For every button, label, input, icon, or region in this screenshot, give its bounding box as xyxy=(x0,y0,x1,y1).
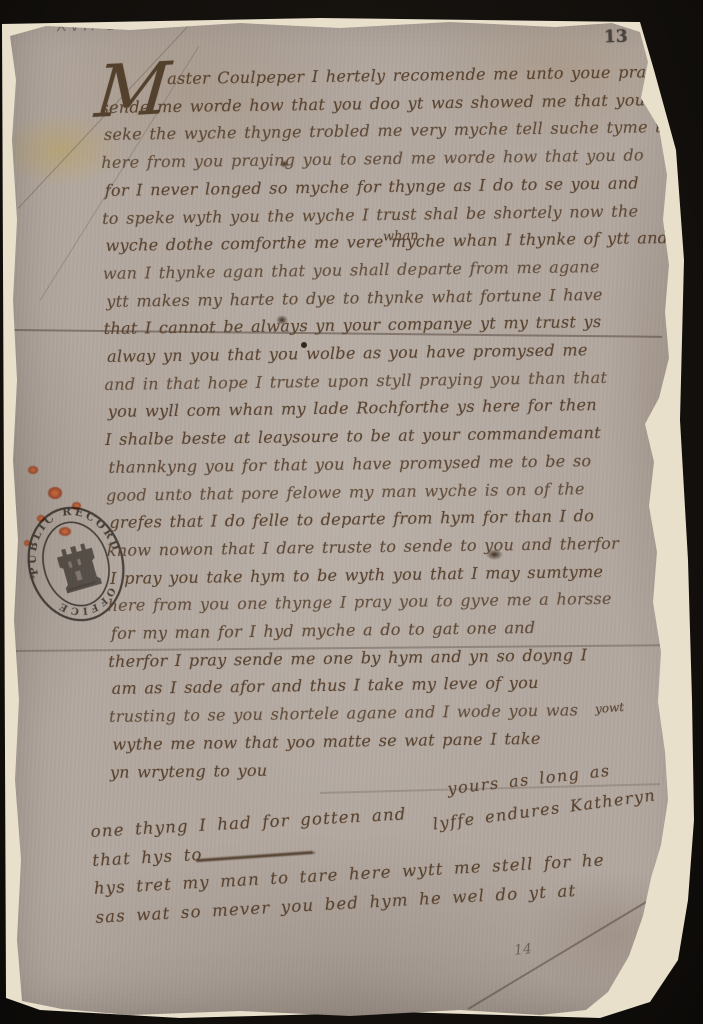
manuscript-page: XVI. 1134 13 14 PUBLIC RECORD OFFICE ✳ xyxy=(0,0,703,1024)
interlinear-insertion: yowt xyxy=(595,700,625,716)
interlinear-insertion: whan xyxy=(383,228,419,244)
wax-spot xyxy=(28,466,38,474)
postscript-block: one thyng I had for gotten andthat hys t… xyxy=(90,786,675,932)
folio-number-top: 13 xyxy=(604,27,628,48)
castle-emblem-icon xyxy=(55,542,102,594)
folio-number-bottom: 14 xyxy=(513,941,532,959)
letter-body: aster Coulpeper I hertely recomende me u… xyxy=(100,58,658,786)
wax-spot xyxy=(48,487,62,499)
scanned-document-photo: XVI. 1134 13 14 PUBLIC RECORD OFFICE ✳ xyxy=(0,0,703,1024)
